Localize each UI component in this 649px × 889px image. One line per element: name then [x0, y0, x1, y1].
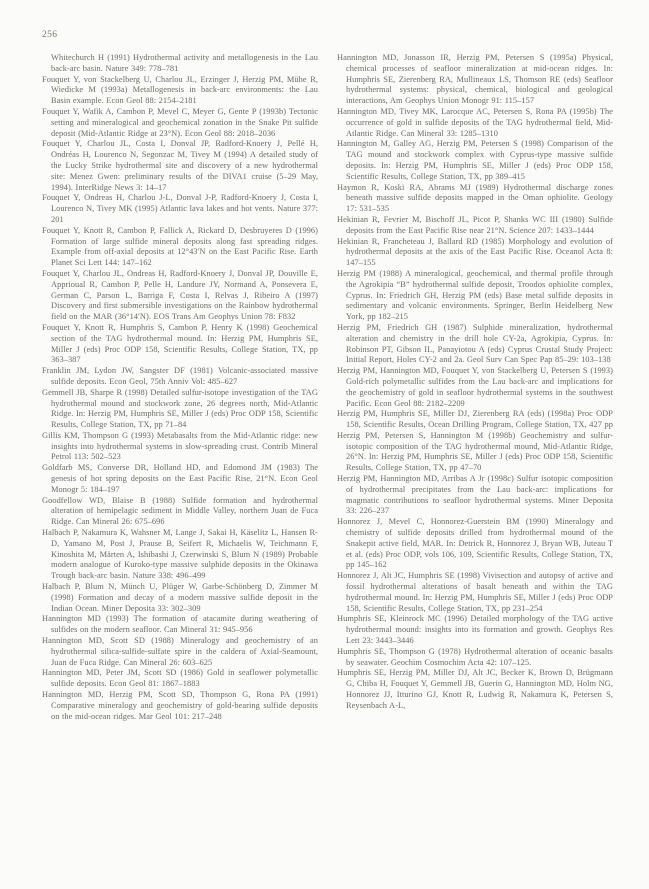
- reference-entry: Hekinian R, Fevrier M, Bischoff JL, Pico…: [337, 215, 613, 237]
- reference-entry: Herzig PM, Petersen S, Hannington M (199…: [337, 431, 613, 474]
- references-column-right: Hannington MD, Jonasson IR, Herzig PM, P…: [337, 53, 613, 712]
- page-number: 256: [42, 30, 57, 40]
- reference-entry: Fouquet Y, Wafik A, Cambon P, Mevel C, M…: [42, 107, 318, 139]
- reference-entry: Gemmell JB, Sharpe R (1998) Detailed sul…: [42, 388, 318, 431]
- reference-entry: Fouquet Y, Knott R, Humphris S, Cambon P…: [42, 323, 318, 366]
- reference-entry: Halbach P, Nakamura K, Wahsner M, Lange …: [42, 528, 318, 582]
- reference-entry: Whitechurch H (1991) Hydrothermal activi…: [42, 53, 318, 75]
- reference-entry: Hannington M, Galley AG, Herzig PM, Pete…: [337, 139, 613, 182]
- reference-entry: Humphris SE, Kleinrock MC (1996) Detaile…: [337, 614, 613, 646]
- reference-entry: Humphris SE, Thompson G (1978) Hydrother…: [337, 647, 613, 669]
- reference-entry: Honnorez J, Alt JC, Humphris SE (1998) V…: [337, 571, 613, 614]
- reference-entry: Herzig PM, Hannington MD, Arribas A Jr (…: [337, 474, 613, 517]
- reference-entry: Herzig PM (1988) A mineralogical, geoche…: [337, 269, 613, 323]
- reference-entry: Goldfarb MS, Converse DR, Holland HD, an…: [42, 463, 318, 495]
- reference-entry: Fouquet Y, Knott R, Cambon P, Fallick A,…: [42, 226, 318, 269]
- reference-entry: Hannington MD (1993) The formation of at…: [42, 614, 318, 636]
- reference-entry: Hannington MD, Jonasson IR, Herzig PM, P…: [337, 53, 613, 107]
- reference-entry: Humphris SE, Herzig PM, Miller DJ, Alt J…: [337, 668, 613, 711]
- reference-entry: Herzig PM, Humphris SE, Miller DJ, Ziere…: [337, 409, 613, 431]
- reference-entry: Haymon R, Koski RA, Abrams MJ (1989) Hyd…: [337, 183, 613, 215]
- reference-entry: Herzig PM, Friedrich GH (1987) Sulphide …: [337, 323, 613, 366]
- reference-entry: Hannington MD, Tivey MK, Larocque AC, Pe…: [337, 107, 613, 139]
- reference-entry: Herzig PM, Hannington MD, Fouquet Y, von…: [337, 366, 613, 409]
- reference-entry: Fouquet Y, Ondreas H, Charlou J-L, Donva…: [42, 193, 318, 225]
- reference-entry: Fouquet Y, Charlou JL, Costa I, Donval J…: [42, 139, 318, 193]
- references-section: Whitechurch H (1991) Hydrothermal activi…: [42, 53, 613, 722]
- reference-entry: Fouquet Y, Charlou JL, Ondreas H, Radfor…: [42, 269, 318, 323]
- reference-entry: Franklin JM, Lydon JW, Sangster DF (1981…: [42, 366, 318, 388]
- reference-entry: Hekinian R, Francheteau J, Ballard RD (1…: [337, 237, 613, 269]
- references-column-left: Whitechurch H (1991) Hydrothermal activi…: [42, 53, 318, 722]
- reference-entry: Halbach P, Blum N, Münch U, Plüger W, Ga…: [42, 582, 318, 614]
- book-page: 256 Whitechurch H (1991) Hydrothermal ac…: [0, 0, 649, 889]
- reference-entry: Hannington MD, Herzig PM, Scott SD, Thom…: [42, 690, 318, 722]
- reference-entry: Fouquet Y, von Stackelberg U, Charlou JL…: [42, 75, 318, 107]
- reference-entry: Honnorez J, Mevel C, Honnorez-Guerstein …: [337, 517, 613, 571]
- reference-entry: Hannington MD, Scott SD (1988) Mineralog…: [42, 636, 318, 668]
- reference-entry: Goodfellow WD, Blaise B (1988) Sulfide f…: [42, 496, 318, 528]
- reference-entry: Hannington MD, Peter JM, Scott SD (1986)…: [42, 668, 318, 690]
- page-header: 256: [42, 24, 613, 42]
- reference-entry: Gillis KM, Thompson G (1993) Metabasalts…: [42, 431, 318, 463]
